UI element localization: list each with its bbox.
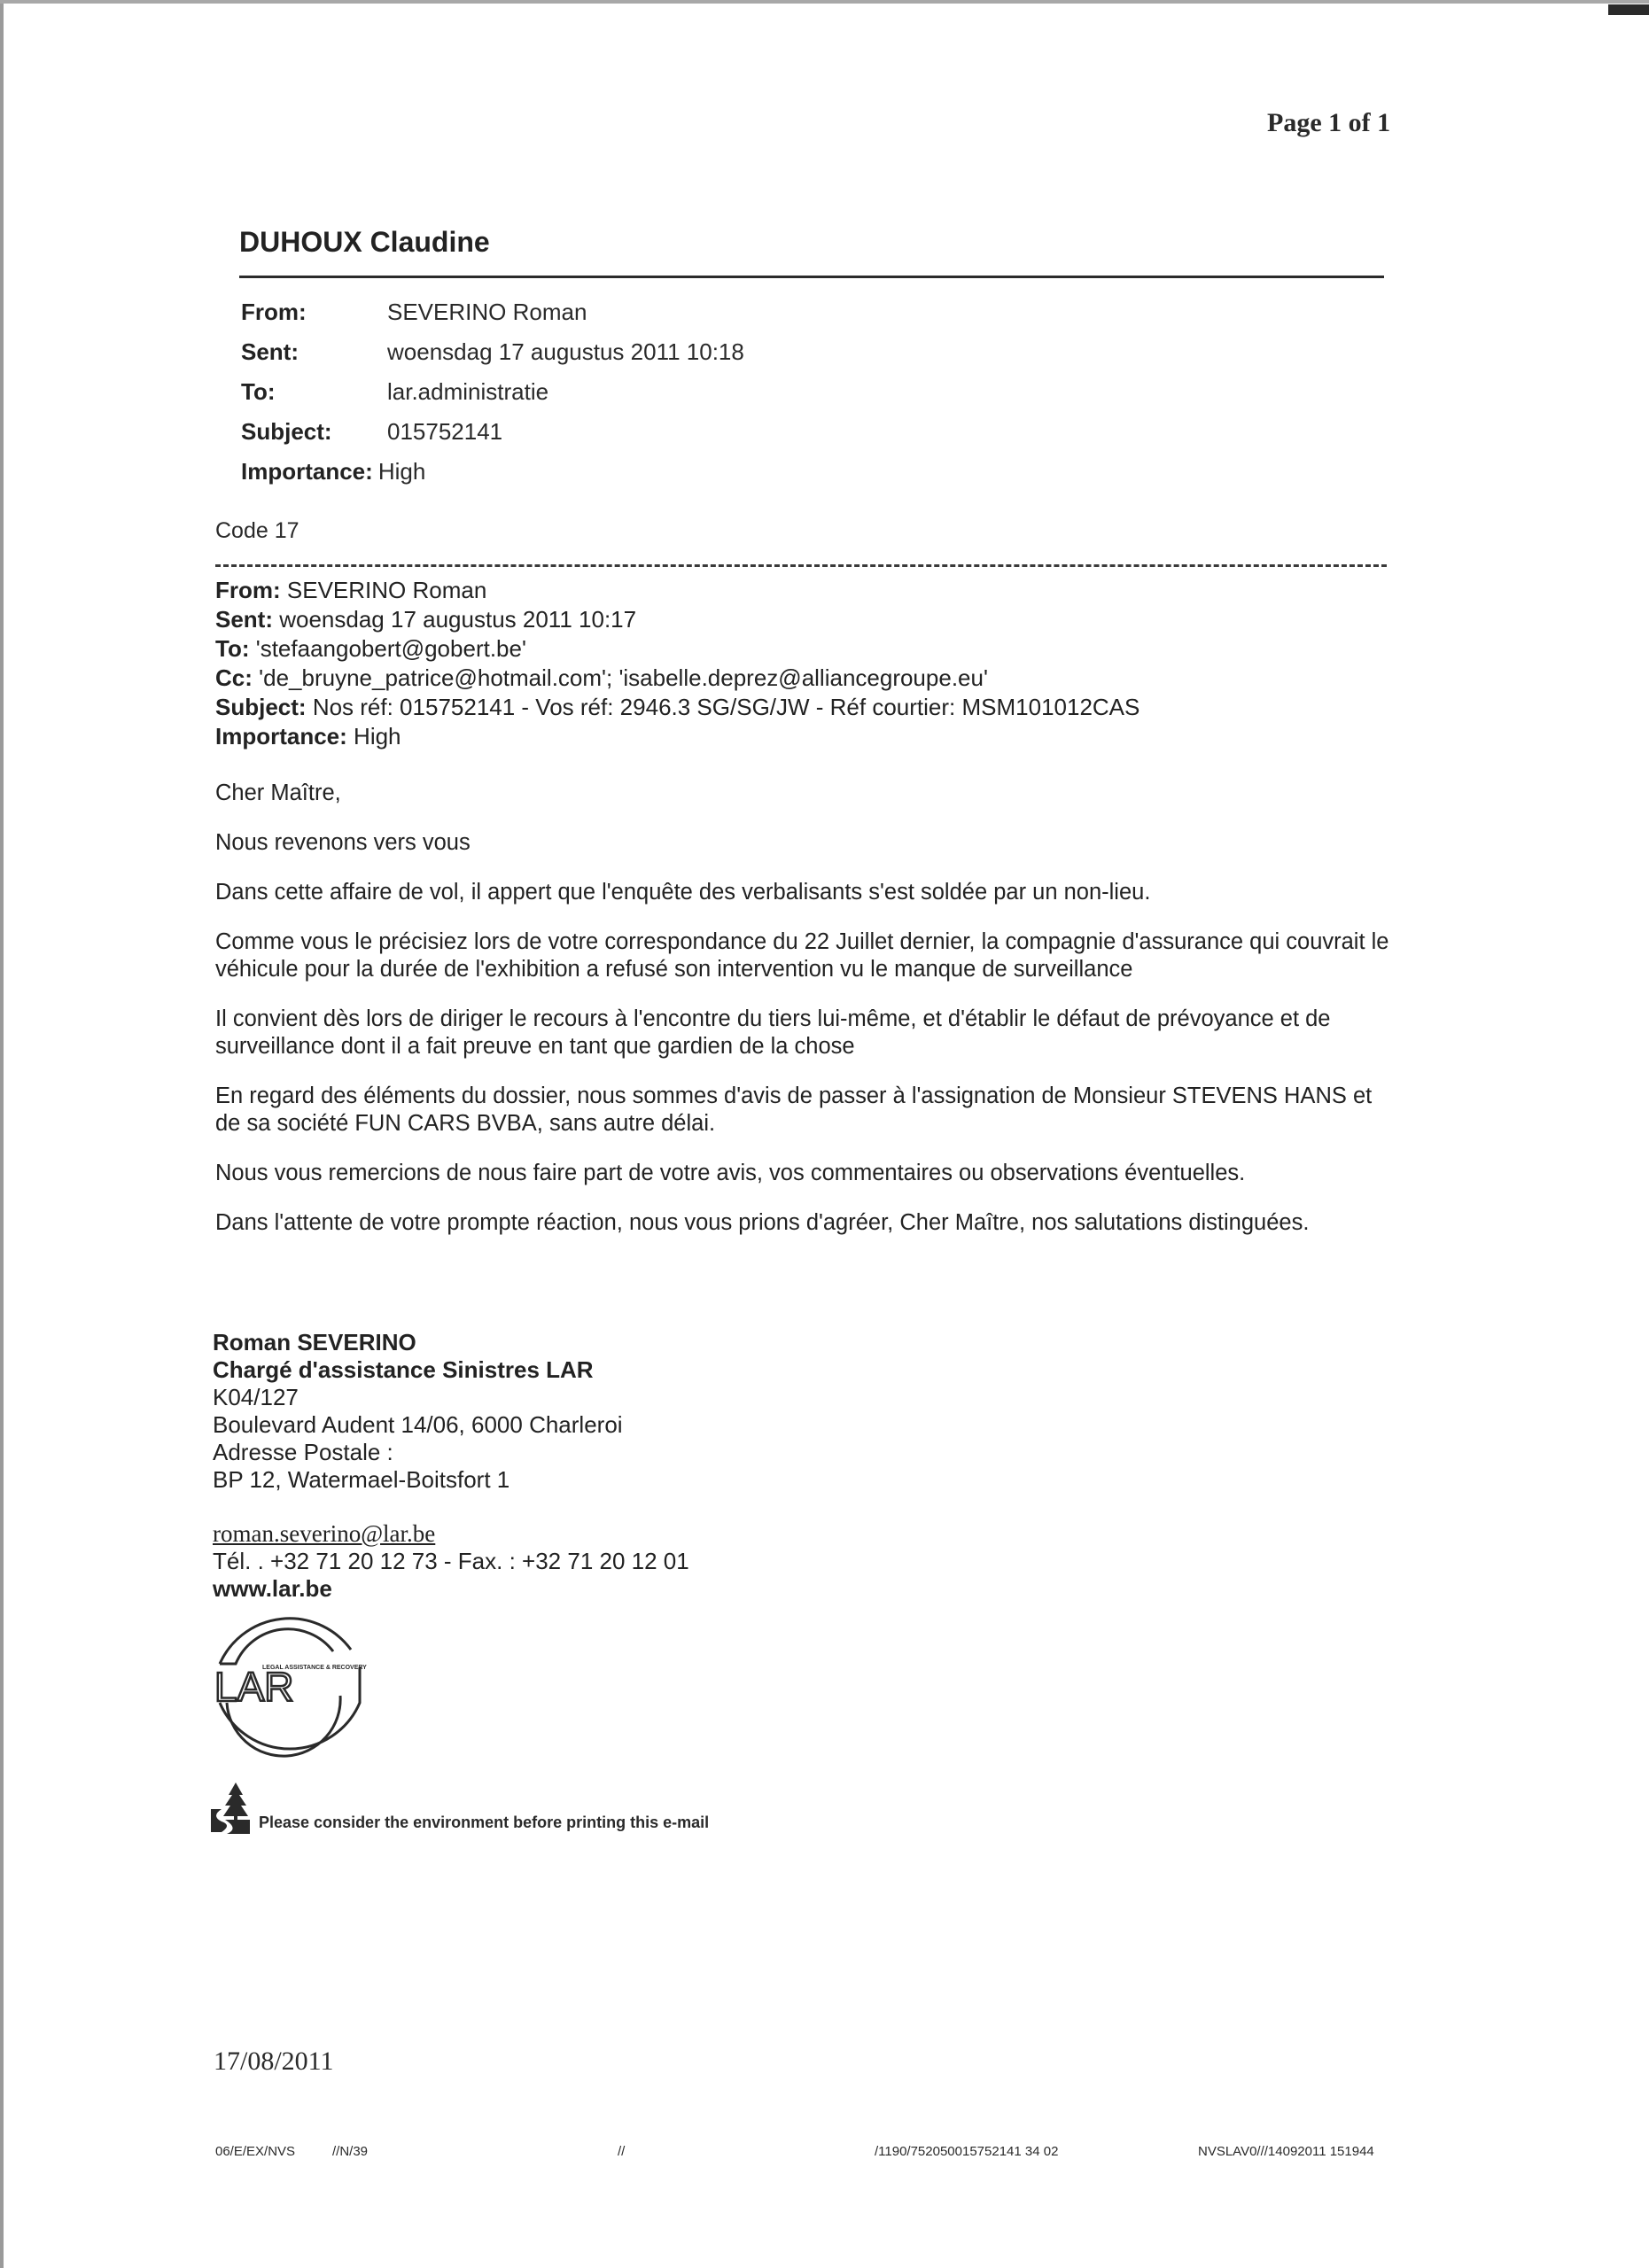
- footer-code: //N/39: [332, 2144, 368, 2159]
- inner-row-to: To: 'stefaangobert@gobert.be': [215, 634, 1140, 664]
- signature-office: K04/127: [213, 1384, 689, 1411]
- body-paragraph: En regard des éléments du dossier, nous …: [215, 1083, 1394, 1138]
- header-row-sent: Sent: woensdag 17 augustus 2011 10:18: [241, 332, 744, 372]
- signature-postal-address: BP 12, Watermael-Boitsfort 1: [213, 1466, 689, 1494]
- lar-logo-icon: LAR LEGAL ASSISTANCE & RECOVERY: [209, 1614, 386, 1774]
- body-paragraph: Nous vous remercions de nous faire part …: [215, 1160, 1394, 1187]
- forward-divider: [215, 564, 1387, 567]
- signature-block: Roman SEVERINO Chargé d'assistance Sinis…: [213, 1329, 689, 1603]
- eco-notice-text: Please consider the environment before p…: [259, 1814, 709, 1832]
- signature-email-link[interactable]: roman.severino@lar.be: [213, 1520, 689, 1548]
- email-body: Cher Maître, Nous revenons vers vous Dan…: [215, 780, 1394, 1259]
- footer-code: //: [618, 2144, 625, 2159]
- header-row-to: To: lar.administratie: [241, 372, 744, 412]
- scan-edge: [0, 0, 1649, 4]
- body-paragraph: Il convient dès lors de diriger le recou…: [215, 1006, 1394, 1060]
- inner-row-sent: Sent: woensdag 17 augustus 2011 10:17: [215, 605, 1140, 634]
- eco-notice: Please consider the environment before p…: [209, 1781, 709, 1836]
- header-row-subject: Subject: 015752141: [241, 412, 744, 452]
- inner-email-header: From: SEVERINO Roman Sent: woensdag 17 a…: [215, 576, 1140, 751]
- signature-phone: Tél. . +32 71 20 12 73 - Fax. : +32 71 2…: [213, 1548, 689, 1575]
- page-indicator: Page 1 of 1: [1267, 108, 1390, 138]
- mailbox-owner: DUHOUX Claudine: [239, 226, 490, 259]
- signature-address: Boulevard Audent 14/06, 6000 Charleroi: [213, 1411, 689, 1439]
- lar-logo: LAR LEGAL ASSISTANCE & RECOVERY: [209, 1614, 386, 1774]
- salutation: Cher Maître,: [215, 780, 1394, 807]
- scan-artifact: [1608, 4, 1649, 15]
- footer-code: /1190/752050015752141 34 02: [875, 2144, 1058, 2159]
- body-paragraph: Dans cette affaire de vol, il appert que…: [215, 879, 1394, 906]
- svg-text:LEGAL ASSISTANCE & RECOVERY: LEGAL ASSISTANCE & RECOVERY: [262, 1665, 367, 1671]
- forward-note: Code 17: [215, 518, 299, 544]
- footer-code: 06/E/EX/NVS: [215, 2144, 295, 2159]
- scan-edge: [0, 0, 4, 2268]
- body-paragraph: Dans l'attente de votre prompte réaction…: [215, 1209, 1394, 1237]
- signature-website-link[interactable]: www.lar.be: [213, 1575, 689, 1603]
- inner-row-importance: Importance: High: [215, 722, 1140, 751]
- inner-row-subject: Subject: Nos réf: 015752141 - Vos réf: 2…: [215, 693, 1140, 722]
- header-divider: [239, 276, 1384, 278]
- body-paragraph: Nous revenons vers vous: [215, 829, 1394, 857]
- footer-code: NVSLAV0///14092011 151944: [1198, 2144, 1374, 2159]
- signature-title: Chargé d'assistance Sinistres LAR: [213, 1356, 689, 1384]
- tree-road-icon: [209, 1781, 252, 1836]
- print-date: 17/08/2011: [214, 2047, 334, 2077]
- header-row-importance: Importance: High: [241, 452, 744, 492]
- signature-postal-label: Adresse Postale :: [213, 1439, 689, 1466]
- header-row-from: From: SEVERINO Roman: [241, 292, 744, 332]
- signature-name: Roman SEVERINO: [213, 1329, 689, 1356]
- inner-row-cc: Cc: 'de_bruyne_patrice@hotmail.com'; 'is…: [215, 664, 1140, 693]
- inner-row-from: From: SEVERINO Roman: [215, 576, 1140, 605]
- body-paragraph: Comme vous le précisiez lors de votre co…: [215, 928, 1394, 983]
- outer-email-header: From: SEVERINO Roman Sent: woensdag 17 a…: [241, 292, 744, 492]
